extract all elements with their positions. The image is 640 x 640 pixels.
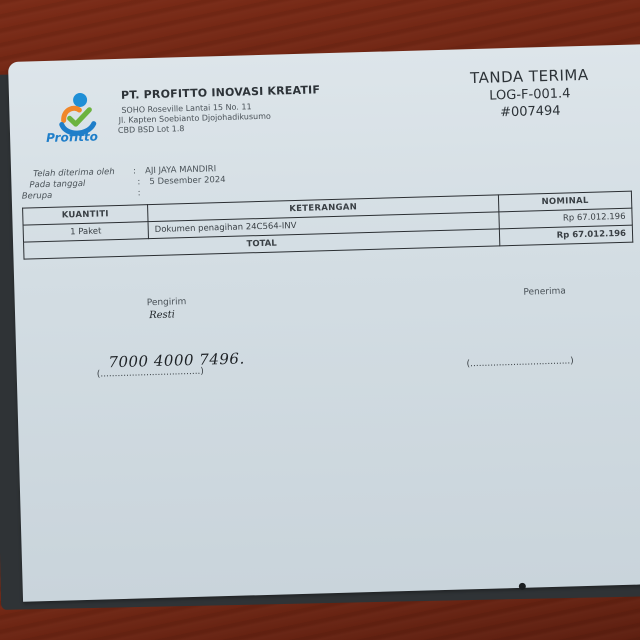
info-colon: : [137,177,149,188]
company-block: PT. PROFITTO INOVASI KREATIF SOHO Rosevi… [121,83,321,136]
company-name: PT. PROFITTO INOVASI KREATIF [121,83,320,102]
receipt-info: Telah diterima oleh : AJI JAYA MANDIRI P… [33,164,226,202]
receiver-signature-line: (...................................) [466,356,573,369]
logo-wordmark: Profitto [46,130,98,145]
items-table: KUANTITI KETERANGAN NOMINAL 1 Paket Doku… [22,191,633,260]
total-value: Rp 67.012.196 [499,225,632,246]
receipt-document: Profitto PT. PROFITTO INOVASI KREATIF SO… [8,44,640,602]
document-number: #007494 [471,103,590,121]
info-colon: : [133,166,145,177]
sender-handwritten-name: Resti [95,307,275,323]
sender-signature-line: (...................................) [97,367,204,380]
ink-dot [519,583,526,590]
receiver-signature: Penerima (..............................… [465,285,625,299]
info-colon: : [138,188,150,199]
document-header: TANDA TERIMA LOG-F-001.4 #007494 [470,66,590,121]
receiver-label: Penerima [465,285,625,299]
document-code: LOG-F-001.4 [470,86,589,104]
document-title: TANDA TERIMA [470,66,589,87]
sender-signature: Pengirim Resti 7000 4000 7496. (........… [95,295,276,323]
info-value: 5 Desember 2024 [149,175,226,188]
company-address: SOHO Roseville Lantai 15 No. 11 Jl. Kapt… [121,100,321,136]
info-label: Berupa [22,188,138,202]
